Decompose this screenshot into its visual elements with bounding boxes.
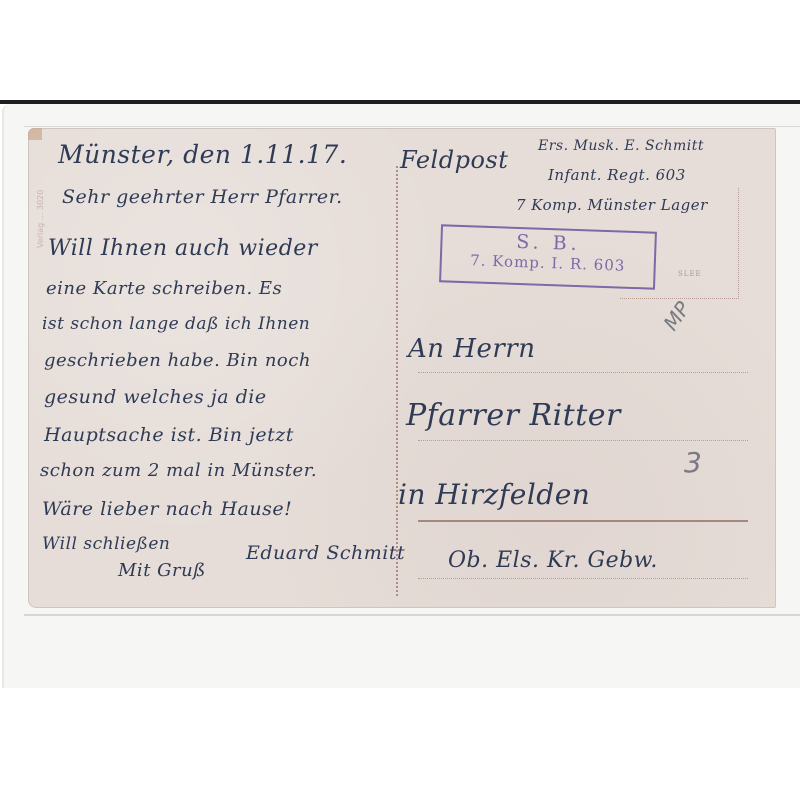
recipient-town: in Hirzfelden — [398, 478, 590, 511]
address-rule — [418, 372, 748, 373]
feldpost-label: Feldpost — [400, 146, 508, 174]
mount-shadow-line — [24, 614, 800, 616]
stamp-area-label: SLEE — [678, 270, 702, 278]
sender-line: Ers. Musk. E. Schmitt — [538, 138, 704, 154]
message-line: eine Karte schreiben. Es — [46, 278, 282, 299]
message-line: Hauptsache ist. Bin jetzt — [44, 424, 294, 446]
message-signature: Eduard Schmitt — [246, 542, 405, 564]
message-line: schon zum 2 mal in Münster. — [40, 460, 317, 481]
recipient-district: Ob. Els. Kr. Gebw. — [448, 548, 658, 573]
pencil-note: 3 — [684, 446, 702, 479]
address-rule — [418, 440, 748, 441]
message-line: ist schon lange daß ich Ihnen — [42, 314, 310, 334]
message-line: geschrieben habe. Bin noch — [44, 350, 311, 371]
card-corner-wear — [28, 128, 42, 140]
sender-line: Infant. Regt. 603 — [548, 166, 686, 184]
message-line: Wäre lieber nach Hause! — [42, 498, 292, 520]
address-rule — [418, 578, 748, 579]
unit-censor-stamp: S. B. 7. Komp. I. R. 603 — [439, 224, 657, 290]
message-line: gesund welches ja die — [44, 386, 267, 408]
message-line: Will Ihnen auch wieder — [48, 236, 318, 261]
pencil-note: MP — [658, 297, 694, 335]
address-rule-solid — [418, 520, 748, 522]
message-closing: Mit Gruß — [118, 560, 206, 581]
recipient-line: An Herrn — [408, 334, 535, 364]
card-divider-line — [396, 166, 398, 596]
recipient-name: Pfarrer Ritter — [406, 398, 621, 433]
postcard: Verlag ... 3020 Münster, den 1.11.17. Se… — [28, 128, 776, 608]
message-salutation: Sehr geehrter Herr Pfarrer. — [62, 186, 343, 208]
message-date-line: Münster, den 1.11.17. — [58, 140, 347, 169]
margin-print: Verlag ... 3020 — [36, 190, 45, 248]
message-line: Will schließen — [42, 534, 170, 554]
